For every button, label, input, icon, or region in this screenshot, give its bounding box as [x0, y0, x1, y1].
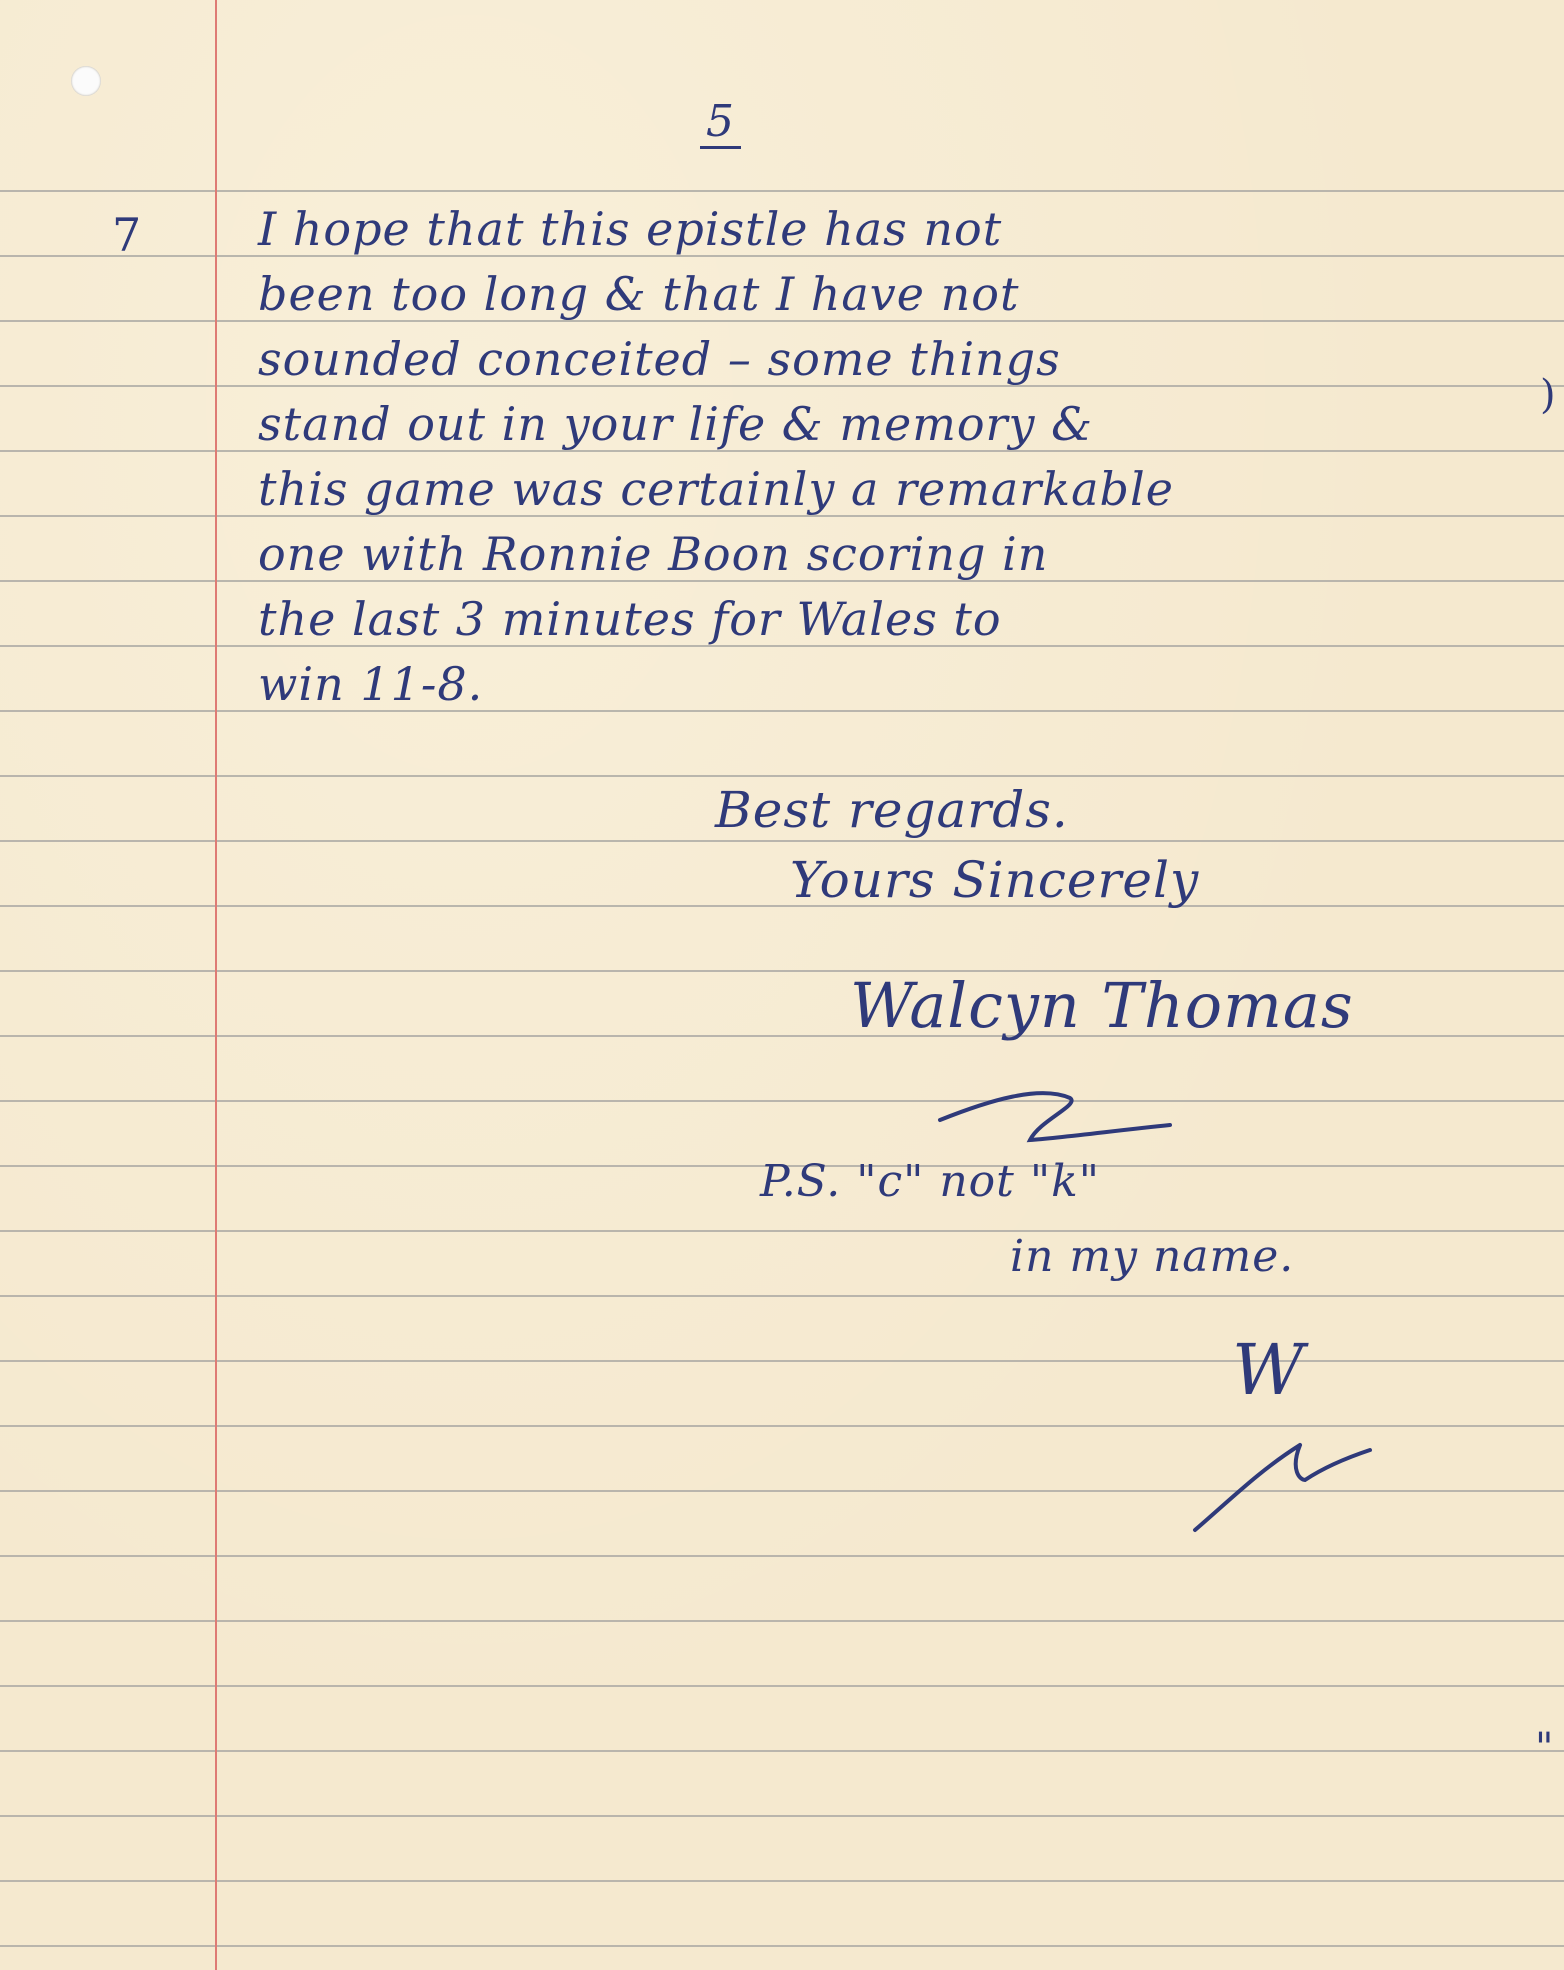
ruled-line [0, 190, 1564, 192]
page-number: 5 [700, 100, 741, 149]
ruled-line [0, 1230, 1564, 1232]
signature-flourish [930, 1080, 1190, 1160]
edge-mark-upper: ) [1540, 375, 1557, 415]
best-regards: Best regards. [715, 785, 1069, 835]
ruled-line [0, 1880, 1564, 1882]
red-margin-line [215, 0, 217, 1970]
postscript-line-2: in my name. [1010, 1235, 1294, 1279]
initials-flourish [1190, 1420, 1390, 1540]
initials: W [1232, 1335, 1305, 1405]
postscript-line-1: P.S. "c" not "k" [760, 1160, 1100, 1204]
ruled-line [0, 840, 1564, 842]
body-line-1: I hope that this epistle has not [258, 206, 1002, 252]
ruled-line [0, 1945, 1564, 1947]
punch-hole [71, 66, 101, 96]
ruled-line [0, 1685, 1564, 1687]
body-line-6: one with Ronnie Boon scoring in [258, 531, 1048, 577]
ruled-line [0, 710, 1564, 712]
ruled-line [0, 1620, 1564, 1622]
ruled-line [0, 775, 1564, 777]
margin-note: 7 [112, 212, 142, 258]
body-line-4: stand out in your life & memory & [258, 401, 1093, 447]
ruled-line [0, 1750, 1564, 1752]
yours-sincerely: Yours Sincerely [790, 855, 1199, 905]
body-line-2: been too long & that I have not [258, 271, 1019, 317]
ruled-line [0, 905, 1564, 907]
signature: Walcyn Thomas [850, 975, 1354, 1037]
body-line-7: the last 3 minutes for Wales to [258, 596, 1002, 642]
ruled-line [0, 1360, 1564, 1362]
ruled-line [0, 1295, 1564, 1297]
ruled-line [0, 1100, 1564, 1102]
body-line-8: win 11-8. [258, 661, 483, 707]
body-line-3: sounded conceited – some things [258, 336, 1061, 382]
body-line-5: this game was certainly a remarkable [258, 466, 1174, 512]
ruled-line [0, 1815, 1564, 1817]
ruled-line [0, 1555, 1564, 1557]
edge-mark-lower: " [1535, 1728, 1554, 1768]
